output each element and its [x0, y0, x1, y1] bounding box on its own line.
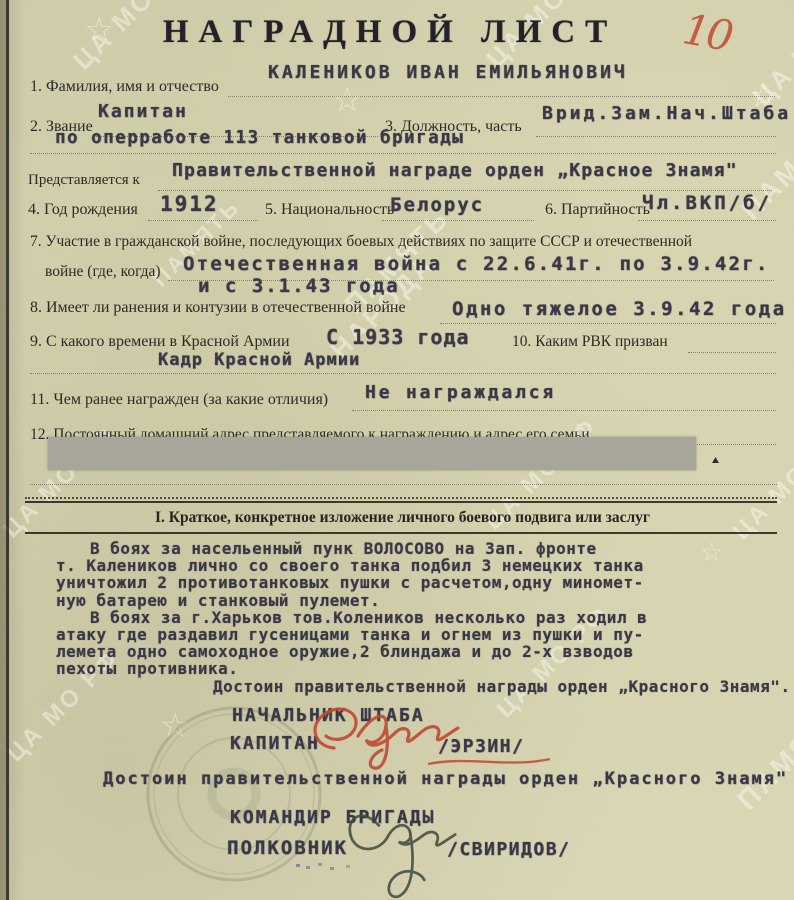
field-1-label: 1. Фамилия, имя и отчество [30, 78, 219, 96]
field-11-label: 11. Чем ранее награжден (за какие отличи… [30, 391, 328, 409]
field-7-value-line1: Отечественная война с 22.6.41г. по 3.9.4… [183, 253, 769, 275]
divider-line [25, 532, 777, 534]
field-8-label: 8. Имеет ли ранения и контузии в отечест… [30, 299, 406, 317]
field-6-value: Чл.ВКП/б/ [642, 192, 772, 214]
dotted-line [30, 484, 777, 485]
feat-line: т. Калеников лично со своего танка подби… [56, 557, 768, 574]
scan-edge [6, 0, 9, 900]
signer-2-name: /СВИРИДОВ/ [447, 839, 570, 860]
red-page-number: 10 [679, 4, 734, 60]
field-7-label-line1: 7. Участие в гражданской войне, последую… [30, 233, 692, 251]
dotted-line [382, 220, 534, 221]
feat-description: В боях за насельенный пунк ВОЛОСОВО на З… [56, 540, 768, 695]
field-6-label: 6. Партийность [545, 201, 650, 219]
dotted-line [688, 352, 776, 353]
star-watermark-icon: ☆ [332, 80, 362, 120]
pencil-marks [296, 864, 300, 867]
signer-2-role-line2: ПОЛКОВНИК [227, 837, 348, 859]
field-7-label-line2: войне (где, когда) [45, 263, 161, 281]
signer-1-name: /ЭРЗИН/ [438, 736, 524, 757]
document-title: НАГРАДНОЙ ЛИСТ [0, 14, 780, 51]
feat-line: В боях за насельенный пунк ВОЛОСОВО на З… [56, 540, 768, 557]
field-5-label: 5. Национальность [265, 201, 394, 219]
feat-line: лемета одно самоходное оружие,2 блиндажа… [56, 643, 768, 660]
field-3-value-continued: по оперработе 113 танковой бригады [55, 128, 464, 148]
field-7-value-line2: и с 3.1.43 года [198, 275, 400, 297]
dotted-line [536, 136, 776, 137]
dotted-line [692, 444, 776, 445]
field-1-value: КАЛЕНИКОВ ИВАН ЕМИЛЬЯНОВИЧ [268, 62, 628, 83]
field-4-value: 1912 [160, 192, 219, 216]
section-1-heading: I. Краткое, конкретное изложение личного… [30, 509, 775, 527]
signature-underline-red [426, 756, 554, 768]
feat-line: уничтожил 2 противотанковых пушки с расч… [56, 574, 768, 591]
field-3-value: Врид.Зам.Нач.Штаба [542, 103, 791, 124]
field-9-label: 9. С какого времени в Красной Армии [30, 333, 290, 351]
ink-speck [712, 457, 719, 463]
dotted-line [352, 410, 776, 411]
field-4-label: 4. Год рождения [28, 201, 138, 219]
feat-line: атаку где раздавил гусеницами танка и ог… [56, 626, 768, 643]
dotted-line [30, 373, 776, 374]
field-8-value: Одно тяжелое 3.9.42 года [452, 298, 787, 320]
field-10-value: Кадр Красной Армии [158, 350, 360, 370]
field-2-value: Капитан [98, 101, 188, 122]
field-10-label: 10. Каким РВК призван [512, 333, 668, 351]
dotted-line [158, 190, 772, 191]
feat-line: пехоты противника. [56, 660, 768, 677]
endorsement-line: Достоин правительственной награды орден … [103, 769, 788, 789]
feat-line: ную батарею и станковый пулемет. [56, 592, 768, 609]
feat-line: В боях за г.Харьков тов.Колеников нескол… [56, 609, 768, 626]
award-sheet-document: ЦА МО РФ ЦА МО РФ ЦА МО РФ ПАМЯТЬ НАРОДА… [0, 0, 794, 900]
presented-for-value: Правительственной награде орден „Красное… [172, 160, 738, 181]
divider-line [25, 501, 777, 503]
feat-line-worthy: Достоин правительственной награды орден … [56, 678, 768, 695]
presented-for-label: Представляется к [28, 172, 140, 189]
divider-dotted-line [25, 497, 777, 499]
field-9-value: С 1933 года [326, 325, 469, 349]
dotted-line [440, 323, 776, 324]
dotted-line [228, 96, 775, 97]
redaction-box [48, 437, 696, 470]
field-5-value: Белорус [390, 194, 484, 216]
watermark-memory: ПАМЯТЬ [731, 696, 794, 817]
dotted-line [148, 220, 258, 221]
field-11-value: Не награждался [365, 382, 556, 403]
dotted-line [30, 153, 776, 154]
dotted-line [638, 220, 776, 221]
